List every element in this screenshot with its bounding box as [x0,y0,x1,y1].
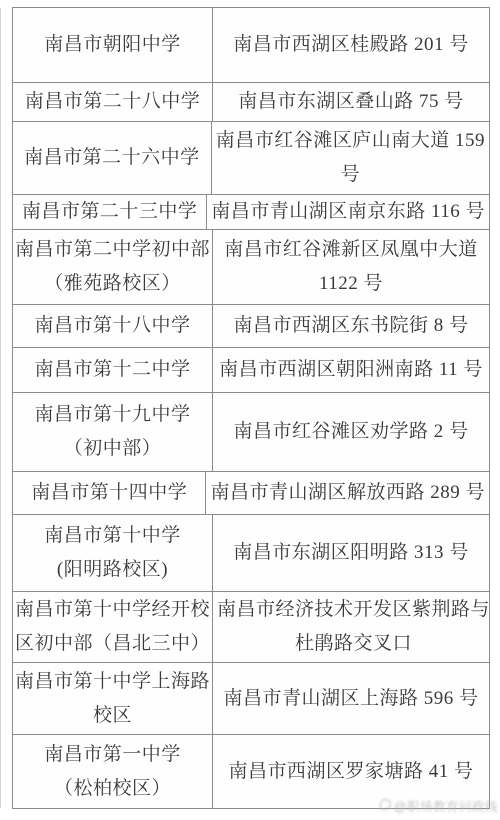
school-text-line: 南昌市第二十六中学 [24,141,200,175]
table-screenshot: 南昌市朝阳中学南昌市西湖区桂殿路 201 号南昌市第二十八中学南昌市东湖区叠山路… [0,0,500,820]
address-cell: 南昌市青山湖区解放西路 289 号 [206,472,489,514]
address-text-line: 杜鹃路交叉口 [295,627,412,661]
table-row: 南昌市第二十六中学南昌市红谷滩区庐山南大道 159号 [13,122,489,195]
school-text-line: 南昌市第十中学 [44,519,181,553]
address-text-line: 1122 号 [319,267,383,301]
address-cell: 南昌市红谷滩区庐山南大道 159号 [212,122,489,194]
school-text-line: （雅苑路校区） [44,267,181,301]
school-text-line: 南昌市第十二中学 [34,353,190,387]
address-text-line: 南昌市东湖区叠山路 75 号 [238,85,464,119]
school-cell: 南昌市第十八中学 [13,305,213,347]
address-text-line: 南昌市东湖区阳明路 313 号 [233,536,469,570]
address-cell: 南昌市青山湖区南京东路 116 号 [207,195,489,229]
address-text-line: 南昌市西湖区东书院街 8 号 [233,309,468,343]
table-row: 南昌市第二十三中学南昌市青山湖区南京东路 116 号 [13,195,489,230]
watermark-text: @职场教育问政线 [394,797,498,815]
address-cell: 南昌市红谷滩区劝学路 2 号 [213,393,489,471]
address-text-line: 南昌市西湖区罗家塘路 41 号 [228,755,473,789]
school-cell: 南昌市第二十六中学 [13,122,212,194]
table-row: 南昌市第十中学经开校区初中部（昌北三中）南昌市经济技术开发区紫荆路与杜鹃路交叉口 [13,592,489,663]
table-row: 南昌市第二中学初中部（雅苑路校区）南昌市红谷滩新区凤凰中大道1122 号 [13,230,489,305]
school-text-line: 南昌市第二十八中学 [25,85,201,119]
address-text-line: 南昌市西湖区桂殿路 201 号 [233,28,469,62]
school-text-line: 区初中部（昌北三中） [15,627,210,661]
school-text-line: （初中部） [64,432,162,466]
school-cell: 南昌市第十九中学（初中部） [13,393,213,471]
address-cell: 南昌市青山湖区上海路 596 号 [213,663,489,734]
table-row: 南昌市第二十八中学南昌市东湖区叠山路 75 号 [13,83,489,122]
table-row: 南昌市第十二中学南昌市西湖区朝阳洲南路 11 号 [13,348,489,393]
school-cell: 南昌市第十中学(阳明路校区) [13,515,213,591]
address-cell: 南昌市西湖区东书院街 8 号 [213,305,489,347]
school-text-line: 南昌市第二十三中学 [22,195,198,229]
school-text-line: 校区 [93,699,132,733]
school-text-line: 南昌市第十四中学 [31,476,187,510]
school-text-line: (阳明路校区) [57,553,168,587]
left-edge-crop-artifact [0,8,1,808]
school-cell: 南昌市第二十八中学 [13,83,213,121]
table-row: 南昌市朝阳中学南昌市西湖区桂殿路 201 号 [13,8,489,83]
weibo-watermark: @职场教育问政线 [380,797,498,815]
address-text-line: 南昌市红谷滩新区凤凰中大道 [224,233,478,267]
school-text-line: 南昌市第十九中学 [34,398,190,432]
school-text-line: 南昌市第二中学初中部 [15,233,210,267]
school-cell: 南昌市第十中学经开校区初中部（昌北三中） [13,592,213,662]
address-cell: 南昌市西湖区桂殿路 201 号 [213,8,489,82]
school-cell: 南昌市第二中学初中部（雅苑路校区） [13,230,213,304]
table-row: 南昌市第十九中学（初中部）南昌市红谷滩区劝学路 2 号 [13,393,489,472]
school-cell: 南昌市第十四中学 [13,472,206,514]
address-text-line: 南昌市红谷滩区劝学路 2 号 [233,415,468,449]
school-text-line: 南昌市第十中学上海路 [15,665,210,699]
school-address-table: 南昌市朝阳中学南昌市西湖区桂殿路 201 号南昌市第二十八中学南昌市东湖区叠山路… [12,7,490,809]
table-row: 南昌市第十中学上海路校区南昌市青山湖区上海路 596 号 [13,663,489,735]
address-text-line: 南昌市西湖区朝阳洲南路 11 号 [219,353,483,387]
address-cell: 南昌市西湖区朝阳洲南路 11 号 [213,348,489,392]
address-cell: 南昌市东湖区叠山路 75 号 [213,83,489,121]
address-text-line: 号 [341,158,361,192]
school-text-line: 南昌市第十中学经开校 [15,593,210,627]
address-text-line: 南昌市经济技术开发区紫荆路与 [217,593,489,627]
school-cell: 南昌市第十二中学 [13,348,213,392]
school-cell: 南昌市朝阳中学 [13,8,213,82]
address-text-line: 南昌市青山湖区南京东路 116 号 [211,195,485,229]
address-text-line: 南昌市青山湖区解放西路 289 号 [210,476,485,510]
address-cell: 南昌市红谷滩新区凤凰中大道1122 号 [213,230,489,304]
address-text-line: 南昌市青山湖区上海路 596 号 [223,682,478,716]
address-text-line: 南昌市红谷滩区庐山南大道 159 [216,124,485,158]
weibo-logo-icon [380,799,391,810]
school-text-line: 南昌市第一中学 [44,738,181,772]
school-text-line: （松柏校区） [54,772,171,806]
address-cell: 南昌市经济技术开发区紫荆路与杜鹃路交叉口 [213,592,489,662]
school-cell: 南昌市第二十三中学 [13,195,207,229]
school-text-line: 南昌市朝阳中学 [44,28,181,62]
table-row: 南昌市第十四中学南昌市青山湖区解放西路 289 号 [13,472,489,515]
school-cell: 南昌市第一中学（松柏校区） [13,735,213,808]
table-row: 南昌市第十中学(阳明路校区)南昌市东湖区阳明路 313 号 [13,515,489,592]
table-row: 南昌市第十八中学南昌市西湖区东书院街 8 号 [13,305,489,348]
school-text-line: 南昌市第十八中学 [34,309,190,343]
address-cell: 南昌市东湖区阳明路 313 号 [213,515,489,591]
school-cell: 南昌市第十中学上海路校区 [13,663,213,734]
